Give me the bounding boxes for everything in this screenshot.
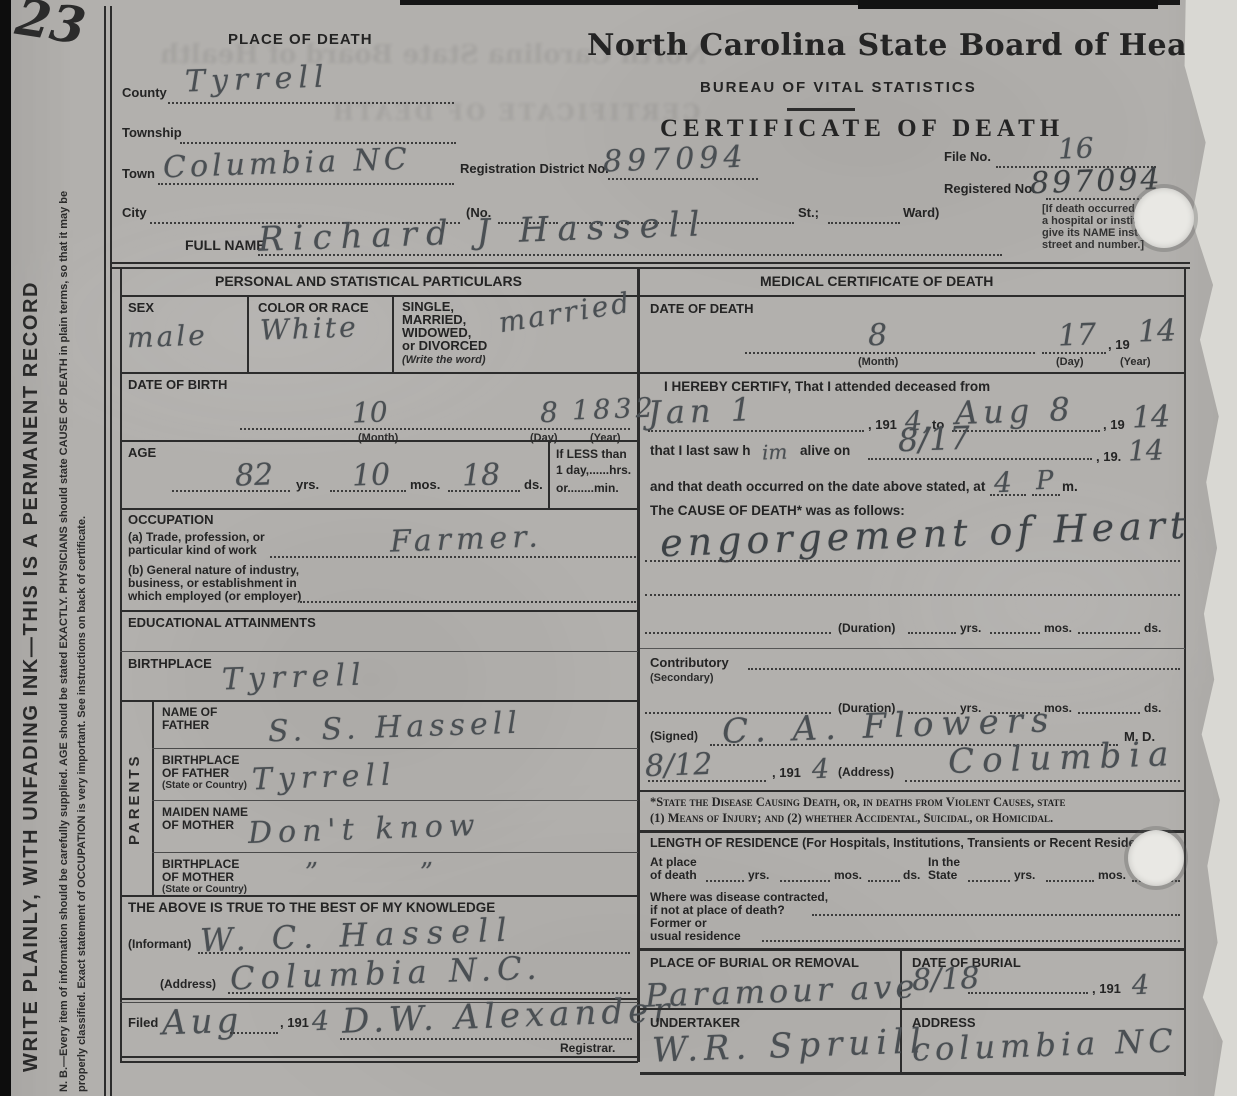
mother-birthplace-label-l1: BIRTHPLACE — [162, 858, 239, 871]
signed-year-printed: , 191 — [772, 766, 801, 780]
town-value: Columbia NC — [162, 142, 411, 186]
marital-label-l4: or DIVORCED — [402, 339, 487, 352]
ward-label: Ward) — [903, 206, 939, 220]
marital-label: SINGLE, MARRIED, WIDOWED, or DIVORCED — [402, 300, 487, 352]
rule — [640, 372, 1185, 374]
res-line3 — [868, 880, 900, 882]
dob-year-cap: (Year) — [590, 432, 621, 444]
occupation-a-value: Farmer. — [389, 519, 543, 559]
age-years-value: 82 — [234, 457, 273, 493]
father-birthplace-label-l2: OF FATHER — [162, 767, 229, 780]
duration1-label: (Duration) — [838, 622, 895, 635]
page-number: 23 — [12, 0, 90, 56]
certificate-title: CERTIFICATE OF DEATH — [660, 115, 1064, 142]
res-mos2: mos. — [1098, 869, 1126, 882]
former-l2: usual residence — [650, 930, 741, 943]
duration1-yrs: yrs. — [960, 622, 981, 635]
duration2-line3 — [1078, 712, 1140, 714]
to-year-hand: 14 — [1131, 399, 1170, 435]
occupation-a-line2: particular kind of work — [128, 544, 257, 557]
mother-birthplace-ditto-2: ” — [419, 858, 433, 888]
dob-label: DATE OF BIRTH — [128, 378, 227, 392]
father-birthplace-label-l1: BIRTHPLACE — [162, 754, 239, 767]
contracted-l2: if not at place of death? — [650, 904, 785, 917]
sex-label: SEX — [128, 301, 154, 315]
board-title: North Carolina State Board of Health — [587, 30, 1236, 62]
filed-year-printed: , 191 — [280, 1016, 309, 1030]
cause-footnote-line1: *State the Disease Causing Death, or, in… — [650, 796, 1065, 810]
mother-birthplace-label-l2: OF MOTHER — [162, 871, 234, 884]
dob-day-value: 8 — [539, 396, 558, 430]
if-less-line2: 1 day,......hrs. — [556, 464, 631, 477]
duration1-ds: ds. — [1144, 622, 1161, 635]
if-less-line1: If LESS than — [556, 448, 627, 461]
race-value: White — [259, 310, 359, 346]
last-saw-hand: im — [762, 440, 788, 465]
res-line2 — [780, 880, 830, 882]
full-name-value: Richard J Hassell — [257, 204, 709, 260]
death-ampm-hand: P — [1035, 466, 1054, 497]
to-year-printed: , 19 — [1103, 418, 1125, 432]
secondary-label: (Secondary) — [650, 672, 714, 684]
father-birthplace-value: Tyrrell — [251, 757, 397, 797]
dob-year-value: 1832 — [571, 393, 657, 427]
rule — [640, 948, 1185, 951]
last-saw-post: alive on — [800, 444, 850, 459]
death-time-value: 4 — [993, 466, 1012, 500]
county-value: Tyrrell — [184, 59, 330, 99]
left-edge-bar — [0, 0, 11, 1096]
rule — [152, 800, 638, 801]
age-mos-label: mos. — [410, 478, 440, 492]
rule — [152, 852, 638, 853]
attended-from-value: Jan 1 — [647, 390, 756, 432]
signed-address-line — [905, 780, 1180, 782]
filed-year-hand: 4 — [311, 1006, 329, 1038]
sidebar-nb-line2: properly classified. Exact statement of … — [76, 516, 88, 1092]
age-months-value: 10 — [351, 457, 390, 493]
sidebar-rule-2 — [110, 6, 112, 1096]
mid-col-border — [637, 267, 640, 1062]
file-no-label: File No. — [944, 150, 991, 164]
filed-month-value: Aug — [161, 1001, 243, 1044]
sidebar-nb-line1: N. B.—Every item of information should b… — [58, 191, 70, 1092]
sex-value: male — [126, 319, 208, 355]
rule — [120, 895, 638, 897]
marital-value: married — [496, 286, 634, 340]
rule — [392, 295, 394, 372]
burial-place-label: PLACE OF BURIAL OR REMOVAL — [650, 956, 859, 970]
marital-note: (Write the word) — [402, 354, 486, 366]
former-l1: Former or — [650, 917, 707, 930]
top-edge-line2 — [858, 0, 1158, 9]
if-less-line3: or........min. — [556, 482, 619, 495]
occupation-a-line1: (a) Trade, profession, or — [128, 531, 265, 544]
registered-no-label: Registered No. — [944, 182, 1036, 196]
signed-address-label: (Address) — [838, 766, 894, 779]
dod-year-value: 14 — [1137, 313, 1176, 349]
full-name-label: FULL NAME — [185, 238, 266, 253]
signed-address-value: Columbia — [947, 734, 1177, 782]
st-label: St.; — [798, 206, 819, 220]
signed-label: (Signed) — [650, 730, 698, 743]
sidebar-warning-text: WRITE PLAINLY, WITH UNFADING INK—THIS IS… — [20, 281, 43, 1072]
death-certificate-scan: North Carolina State Board of Health CER… — [0, 0, 1237, 1096]
left-col-border — [120, 267, 122, 1062]
rule — [120, 1056, 638, 1058]
last-saw-year-printed: , 19. — [1096, 450, 1121, 464]
punch-hole-bottom — [1128, 830, 1184, 886]
res-yrs1: yrs. — [748, 869, 769, 882]
in-state-l2: State — [928, 869, 957, 882]
duration1-line0 — [645, 632, 831, 634]
registration-district-label: Registration District No. — [460, 162, 609, 176]
age-label: AGE — [128, 446, 156, 460]
education-label: EDUCATIONAL ATTAINMENTS — [128, 616, 316, 630]
undertaker-value: W.R. Spruill — [651, 1021, 927, 1071]
file-no-value: 16 — [1057, 131, 1094, 165]
res-ds1: ds. — [903, 869, 920, 882]
punch-hole-top — [1134, 188, 1194, 248]
informant-label: (Informant) — [128, 938, 191, 951]
occupation-b-line1: (b) General nature of industry, — [128, 564, 299, 577]
signed-year-hand: 4 — [811, 754, 829, 786]
father-name-label-l2: FATHER — [162, 719, 209, 732]
dob-month-value: 10 — [351, 395, 388, 429]
former-line — [762, 940, 1180, 942]
duration1-mos: mos. — [1044, 622, 1072, 635]
place-of-death-label: PLACE OF DEATH — [228, 32, 373, 48]
county-line — [168, 102, 454, 104]
township-label: Township — [122, 126, 182, 140]
in-state-l1: In the — [928, 856, 960, 869]
medical-section-title: MEDICAL CERTIFICATE OF DEATH — [760, 274, 993, 289]
filed-line1 — [230, 1032, 278, 1034]
duration1-line2 — [990, 632, 1040, 634]
mother-name-label-l1: MAIDEN NAME — [162, 806, 248, 819]
duration1-line1 — [908, 632, 956, 634]
birthplace-label: BIRTHPLACE — [128, 657, 212, 671]
dob-month-cap: (Month) — [358, 432, 398, 444]
rule — [640, 295, 1185, 297]
date-of-death-label: DATE OF DEATH — [650, 302, 754, 316]
dod-month-value: 8 — [867, 318, 887, 354]
ward-line — [828, 222, 900, 224]
rule — [548, 440, 550, 508]
contributory-line — [748, 668, 1180, 670]
rule — [640, 790, 1185, 792]
dod-day-cap: (Day) — [1056, 356, 1084, 368]
rule — [640, 1072, 1185, 1075]
bureau-divider — [787, 108, 855, 111]
rule — [120, 651, 638, 652]
cause-footnote-line2: (1) Means of Injury; and (2) whether Acc… — [650, 812, 1053, 826]
father-state-country-cap: (State or Country) — [162, 780, 247, 791]
rule — [640, 1008, 1185, 1010]
death-occurred-statement: and that death occurred on the date abov… — [650, 480, 985, 495]
dod-month-cap: (Month) — [858, 356, 898, 368]
burial-year-hand: 4 — [1131, 970, 1149, 1002]
from-year-printed: , 191 — [868, 418, 897, 432]
res-mos1: mos. — [834, 869, 862, 882]
at-place-l1: At place — [650, 856, 697, 869]
father-name-label-l1: NAME OF — [162, 706, 217, 719]
at-place-l2: of death — [650, 869, 697, 882]
signed-date-line — [648, 780, 766, 782]
rule — [640, 830, 1185, 833]
bureau-subtitle: BUREAU OF VITAL STATISTICS — [700, 80, 977, 96]
death-m-label: m. — [1062, 480, 1078, 495]
occupation-b-line — [300, 601, 636, 603]
age-yrs-label: yrs. — [296, 478, 319, 492]
parents-label: PARENTS — [126, 753, 143, 845]
last-saw-year-hand: 14 — [1127, 433, 1164, 467]
occupation-label: OCCUPATION — [128, 513, 213, 527]
right-col-border — [1184, 267, 1186, 1076]
dob-day-cap: (Day) — [530, 432, 558, 444]
duration2-ds: ds. — [1144, 702, 1161, 715]
residence-title: LENGTH OF RESIDENCE (For Hospitals, Inst… — [650, 837, 1158, 851]
town-label: Town — [122, 167, 155, 181]
occupation-b-line2: business, or establishment in — [128, 577, 297, 590]
rule — [152, 700, 154, 895]
occupation-b-line3: which employed (or employer) — [128, 590, 301, 603]
father-name-value: S. S. Hassell — [267, 706, 522, 750]
registration-district-value: 897094 — [602, 139, 748, 179]
birthplace-value: Tyrrell — [221, 657, 367, 697]
res-line4 — [968, 880, 1010, 882]
header-divider-2 — [112, 267, 1190, 269]
rule — [120, 610, 638, 612]
county-label: County — [122, 86, 167, 100]
res-yrs2: yrs. — [1014, 869, 1035, 882]
signed-date-value: 8/12 — [644, 747, 713, 784]
contracted-line — [812, 914, 1180, 916]
rule — [152, 748, 638, 749]
dod-day-value: 17 — [1057, 317, 1096, 353]
rule — [120, 372, 638, 374]
attended-from-line — [648, 430, 864, 432]
rule — [247, 295, 249, 372]
mother-name-value: Don't know — [247, 808, 481, 851]
rule — [120, 1061, 638, 1063]
cause-line1 — [645, 560, 1180, 562]
res-line1 — [706, 880, 744, 882]
last-saw-pre: that I last saw h — [650, 444, 751, 459]
township-line — [180, 142, 456, 144]
age-ds-label: ds. — [524, 478, 543, 492]
cause-line2 — [645, 594, 1180, 596]
header-divider-1 — [112, 262, 1190, 264]
registrar-label: Registrar. — [560, 1042, 615, 1055]
undertaker-address-value: columbia NC — [911, 1021, 1178, 1068]
dod-year-cap: (Year) — [1120, 356, 1151, 368]
burial-date-line — [968, 992, 1088, 994]
sidebar-rule-1 — [104, 6, 106, 1096]
mother-state-country-cap: (State or Country) — [162, 884, 247, 895]
duration1-line3 — [1078, 632, 1140, 634]
contracted-l1: Where was disease contracted, — [650, 891, 828, 904]
rule — [120, 440, 638, 442]
dob-line — [240, 428, 630, 430]
mother-birthplace-ditto-1: ” — [304, 858, 318, 888]
dod-year-printed: , 19 — [1108, 338, 1130, 352]
last-saw-value: 8/17 — [897, 419, 970, 459]
filed-label: Filed — [128, 1016, 158, 1030]
dod-line1 — [745, 352, 1035, 354]
rule — [120, 700, 638, 702]
informant-address-label: (Address) — [160, 978, 216, 991]
rule — [120, 508, 638, 510]
mother-name-label-l2: OF MOTHER — [162, 819, 234, 832]
contributory-label: Contributory — [650, 656, 729, 670]
age-days-value: 18 — [461, 457, 500, 493]
attended-to-value: Aug 8 — [954, 390, 1075, 432]
personal-section-title: PERSONAL AND STATISTICAL PARTICULARS — [215, 274, 522, 289]
res-line5 — [1046, 880, 1094, 882]
rule — [640, 648, 1185, 649]
city-label: City — [122, 206, 147, 220]
burial-year-printed: , 191 — [1092, 982, 1121, 996]
